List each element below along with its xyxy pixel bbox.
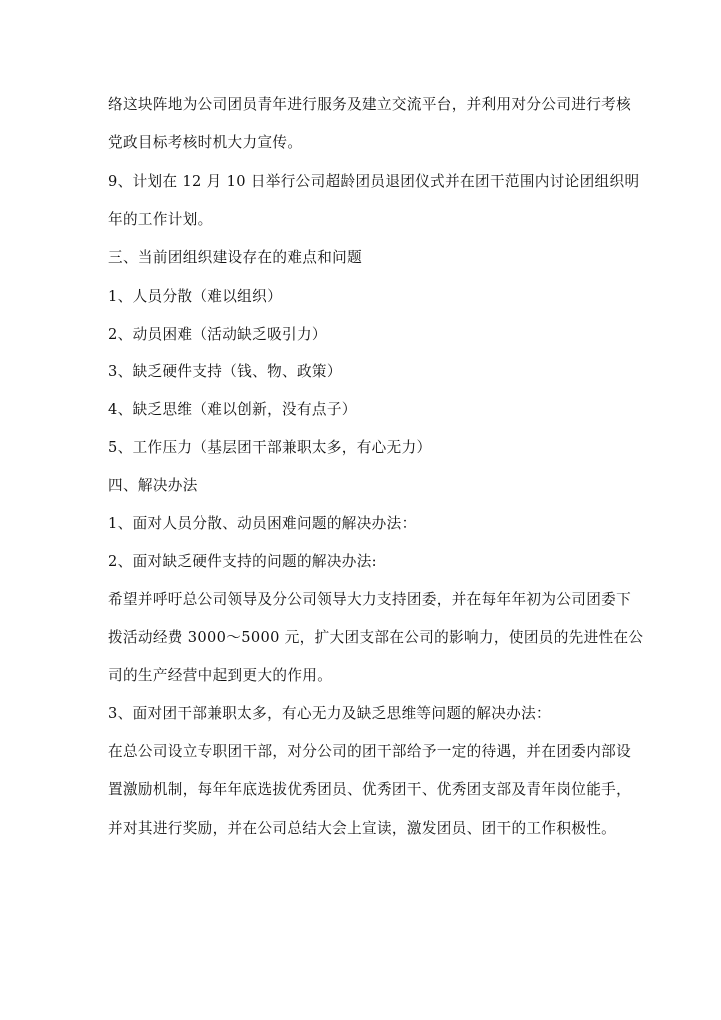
problem-item-3: 3、缺乏硬件支持（钱、物、政策） bbox=[108, 362, 342, 382]
solution-heading-1: 1、面对人员分散、动员困难问题的解决办法： bbox=[108, 514, 417, 534]
paragraph-line-continuation: 络这块阵地为公司团员青年进行服务及建立交流平台，并利用对分公司进行考核 bbox=[108, 95, 616, 115]
solution-2-body-line-3: 司的生产经营中起到更大的作用。 bbox=[108, 666, 332, 686]
plan-item-9: 9、计划在 12 月 10 日举行公司超龄团员退团仪式并在团干范围内讨论团组织明 bbox=[108, 172, 616, 192]
solution-3-body-line-1: 在总公司设立专职团干部，对分公司的团干部给予一定的待遇，并在团委内部设 bbox=[108, 742, 616, 762]
solution-2-body-line-1: 希望并呼吁总公司领导及分公司领导大力支持团委，并在每年年初为公司团委下 bbox=[108, 590, 616, 610]
solution-heading-2: 2、面对缺乏硬件支持的问题的解决办法: bbox=[108, 552, 377, 572]
problem-item-2: 2、动员困难（活动缺乏吸引力） bbox=[108, 325, 327, 345]
section-heading-3: 三、当前团组织建设存在的难点和问题 bbox=[108, 248, 362, 268]
problem-item-1: 1、人员分散（难以组织） bbox=[108, 287, 282, 307]
paragraph-line-continuation-end: 党政目标考核时机大力宣传。 bbox=[108, 133, 302, 153]
plan-item-9-end: 年的工作计划。 bbox=[108, 210, 213, 230]
solution-heading-3: 3、面对团干部兼职太多，有心无力及缺乏思维等问题的解决办法： bbox=[108, 704, 551, 724]
problem-item-5: 5、工作压力（基层团干部兼职太多，有心无力） bbox=[108, 438, 431, 458]
problem-item-4: 4、缺乏思维（难以创新，没有点子） bbox=[108, 400, 357, 420]
solution-3-body-line-3: 并对其进行奖励，并在公司总结大会上宣读，激发团员、团干的工作积极性。 bbox=[108, 819, 616, 839]
solution-2-body-line-2: 拨活动经费 3000～5000 元，扩大团支部在公司的影响力，使团员的先进性在公 bbox=[108, 628, 616, 648]
section-heading-4: 四、解决办法 bbox=[108, 476, 198, 496]
solution-3-body-line-2: 置激励机制，每年年底选拔优秀团员、优秀团干、优秀团支部及青年岗位能手， bbox=[108, 780, 616, 800]
